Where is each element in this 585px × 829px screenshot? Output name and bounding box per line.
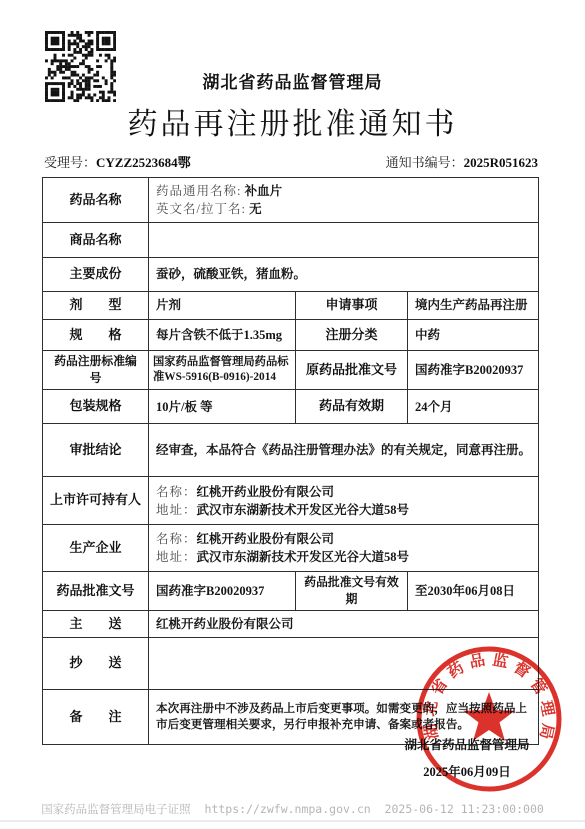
specification-label: 规 格 xyxy=(43,320,149,351)
table-row: 包装规格 10片/板 等 药品有效期 24个月 xyxy=(43,390,539,424)
english-name-prefix: 英文名/拉丁名: xyxy=(156,202,246,216)
table-row: 上市许可持有人 名称：红桃开药业股份有限公司 地址：武汉市东湖新技术开发区光谷大… xyxy=(43,477,539,525)
english-name-value: 无 xyxy=(249,202,262,216)
copy-send-label: 抄 送 xyxy=(43,638,149,690)
mah-name-prefix: 名称： xyxy=(156,485,197,499)
mah-address-prefix: 地址： xyxy=(156,503,197,517)
manufacturer-name-prefix: 名称： xyxy=(156,532,197,546)
original-approval-no-label: 原药品批准文号 xyxy=(296,351,408,390)
specification-value: 每片含铁不低于1.35mg xyxy=(149,320,296,351)
application-item-value: 境内生产药品再注册 xyxy=(408,292,539,320)
notice-number: 通知书编号：2025R051623 xyxy=(386,152,538,171)
approval-no-label: 药品批准文号 xyxy=(43,572,149,611)
remarks-label: 备 注 xyxy=(43,690,149,745)
conclusion-value: 经审查，本品符合《药品注册管理办法》的有关规定，同意再注册。 xyxy=(149,424,539,477)
table-row: 药品批准文号 国药准字B20020937 药品批准文号有效期 至2030年06月… xyxy=(43,572,539,611)
mah-name: 红桃开药业股份有限公司 xyxy=(197,485,335,499)
mah-value: 名称：红桃开药业股份有限公司 地址：武汉市东湖新技术开发区光谷大道58号 xyxy=(149,477,539,525)
approval-no-value: 国药准字B20020937 xyxy=(149,572,296,611)
generic-name-value: 补血片 xyxy=(245,184,283,198)
conclusion-label: 审批结论 xyxy=(43,424,149,477)
registration-class-value: 中药 xyxy=(408,320,539,351)
standard-no-value: 国家药品监督管理局药品标准WS-5916(B-0916)-2014 xyxy=(149,351,296,390)
drug-name-label: 药品名称 xyxy=(43,178,149,223)
table-row: 药品注册标准编号 国家药品监督管理局药品标准WS-5916(B-0916)-20… xyxy=(43,351,539,390)
table-row: 抄 送 xyxy=(43,638,539,690)
ingredients-label: 主要成份 xyxy=(43,258,149,292)
table-row: 药品名称 药品通用名称: 补血片 英文名/拉丁名: 无 xyxy=(43,178,539,223)
bottom-divider xyxy=(0,820,585,822)
approval-no-validity-label: 药品批准文号有效期 xyxy=(296,572,408,611)
acceptance-number-label: 受理号： xyxy=(44,155,96,170)
signature-org: 湖北省药品监督管理局 xyxy=(393,735,541,753)
dosage-form-value: 片剂 xyxy=(149,292,296,320)
table-row: 规 格 每片含铁不低于1.35mg 注册分类 中药 xyxy=(43,320,539,351)
document-title: 药品再注册批准通知书 xyxy=(0,99,585,143)
table-row: 生产企业 名称：红桃开药业股份有限公司 地址：武汉市东湖新技术开发区光谷大道58… xyxy=(43,525,539,572)
package-spec-label: 包装规格 xyxy=(43,390,149,424)
main-send-label: 主 送 xyxy=(43,611,149,638)
table-row: 审批结论 经审查，本品符合《药品注册管理办法》的有关规定，同意再注册。 xyxy=(43,424,539,477)
manufacturer-address-prefix: 地址： xyxy=(156,550,197,564)
manufacturer-value: 名称：红桃开药业股份有限公司 地址：武汉市东湖新技术开发区光谷大道58号 xyxy=(149,525,539,572)
standard-no-label: 药品注册标准编号 xyxy=(43,351,149,390)
generic-name-prefix: 药品通用名称: xyxy=(156,184,241,198)
main-send-value: 红桃开药业股份有限公司 xyxy=(149,611,539,638)
manufacturer-label: 生产企业 xyxy=(43,525,149,572)
table-row: 商品名称 xyxy=(43,223,539,258)
footer-certificate-line: 国家药品监督管理局电子证照 https://zwfw.nmpa.gov.cn 2… xyxy=(0,801,585,817)
approval-no-validity-value: 至2030年06月08日 xyxy=(408,572,539,611)
ingredients-value: 蚕砂，硫酸亚铁，猪血粉。 xyxy=(149,258,539,292)
approval-table: 药品名称 药品通用名称: 补血片 英文名/拉丁名: 无 商品名称 主要成份 蚕砂… xyxy=(42,177,539,745)
trade-name-value xyxy=(149,223,539,258)
signature-block: 湖北省药品监督管理局 2025年06月09日 xyxy=(393,735,541,780)
acceptance-number: 受理号：CYZZ2523684鄂 xyxy=(44,152,191,171)
table-row: 主 送 红桃开药业股份有限公司 xyxy=(43,611,539,638)
drug-name-value: 药品通用名称: 补血片 英文名/拉丁名: 无 xyxy=(149,178,539,223)
meta-row: 受理号：CYZZ2523684鄂 通知书编号：2025R051623 xyxy=(44,152,538,171)
document-page: 湖北省药品监督管理局 药品再注册批准通知书 受理号：CYZZ2523684鄂 通… xyxy=(0,0,585,829)
manufacturer-name: 红桃开药业股份有限公司 xyxy=(197,532,335,546)
registration-class-label: 注册分类 xyxy=(296,320,408,351)
package-spec-value: 10片/板 等 xyxy=(149,390,296,424)
copy-send-value xyxy=(149,638,539,690)
notice-number-label: 通知书编号： xyxy=(386,155,464,170)
shelf-life-value: 24个月 xyxy=(408,390,539,424)
signature-date: 2025年06月09日 xyxy=(393,762,541,780)
trade-name-label: 商品名称 xyxy=(43,223,149,258)
shelf-life-label: 药品有效期 xyxy=(296,390,408,424)
table-row: 剂 型 片剂 申请事项 境内生产药品再注册 xyxy=(43,292,539,320)
mah-label: 上市许可持有人 xyxy=(43,477,149,525)
mah-address: 武汉市东湖新技术开发区光谷大道58号 xyxy=(197,503,410,517)
application-item-label: 申请事项 xyxy=(296,292,408,320)
notice-number-value: 2025R051623 xyxy=(464,155,538,170)
manufacturer-address: 武汉市东湖新技术开发区光谷大道58号 xyxy=(197,550,410,564)
dosage-form-label: 剂 型 xyxy=(43,292,149,320)
table-row: 主要成份 蚕砂，硫酸亚铁，猪血粉。 xyxy=(43,258,539,292)
acceptance-number-value: CYZZ2523684鄂 xyxy=(96,155,191,170)
issuer-title: 湖北省药品监督管理局 xyxy=(0,68,585,93)
original-approval-no-value: 国药准字B20020937 xyxy=(408,351,539,390)
